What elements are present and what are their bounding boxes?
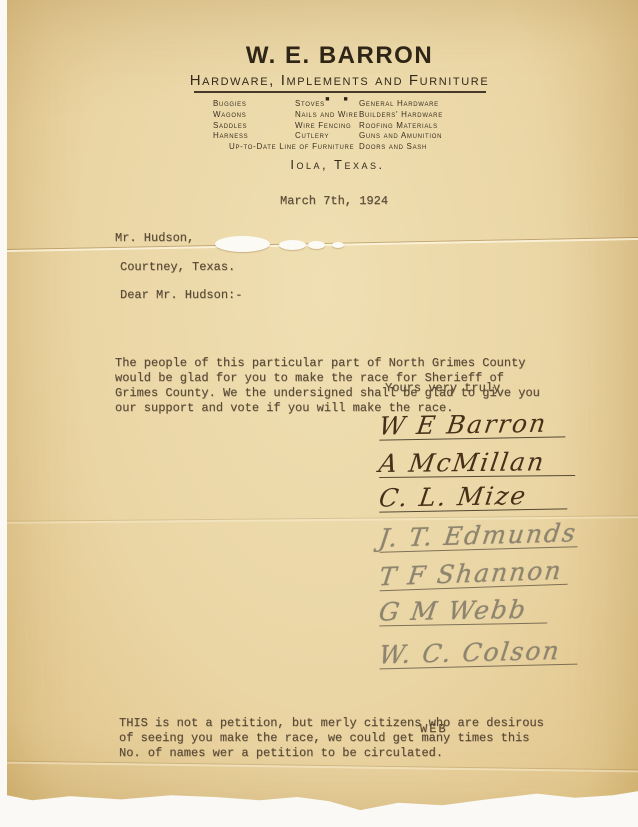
signature-name: A McMillan <box>377 449 547 477</box>
letterhead-rule <box>194 91 486 93</box>
signature: A McMillan <box>379 438 575 478</box>
product-item: Wagons <box>213 110 248 121</box>
product-item: Wire Fencing <box>295 121 358 132</box>
postscript-line: No. of names wer a petition to be circul… <box>119 746 544 761</box>
postscript-line: of seeing you make the race, we could ge… <box>119 731 544 746</box>
signature: C. L. Mize <box>379 475 568 512</box>
signature-name: G M Webb <box>377 597 529 626</box>
body-line: The people of this particular part of No… <box>115 356 540 371</box>
postscript: THIS is not a petition, but merly citize… <box>119 671 544 761</box>
signature-name: C. L. Mize <box>377 483 529 512</box>
product-footer-furniture: Up-to-Date Line of Furniture <box>229 142 354 151</box>
product-item: General Hardware <box>359 99 443 110</box>
product-item: Builders' Hardware <box>359 110 443 121</box>
product-item: Guns and Amunition <box>359 131 443 142</box>
signature-name: W. C. Colson <box>377 638 562 669</box>
recipient-name: Mr. Hudson, <box>115 231 194 245</box>
company-location: Iola, Texas. <box>7 157 638 172</box>
salutation: Dear Mr. Hudson:- <box>120 288 242 302</box>
closing: Yours very truly <box>385 381 500 395</box>
paper-damage-spot <box>215 236 270 252</box>
product-item: Saddles <box>213 121 248 132</box>
scanned-letter: W. E. BARRON Hardware, Implements and Fu… <box>0 0 638 827</box>
signature-list: W E Barron A McMillan C. L. Mize J. T. E… <box>379 401 599 667</box>
product-list-column-1: BuggiesWagonsSaddlesHarness <box>213 99 248 142</box>
product-item: Harness <box>213 131 248 142</box>
letterhead: W. E. BARRON Hardware, Implements and Fu… <box>7 0 638 103</box>
paper-damage-spot <box>332 242 344 248</box>
product-item: Nails and Wire <box>295 110 358 121</box>
paper-damage-spot <box>308 241 325 249</box>
letter-paper: W. E. BARRON Hardware, Implements and Fu… <box>7 0 638 825</box>
typist-initials: WEB <box>420 722 448 736</box>
signature: W. C. Colson <box>379 623 578 670</box>
signature: J. T. Edmunds <box>378 508 577 553</box>
product-item: Roofing Materials <box>359 121 443 132</box>
signature-name: T F Shannon <box>378 558 565 591</box>
recipient-city: Courtney, Texas. <box>120 260 235 274</box>
signature: W E Barron <box>379 399 566 440</box>
product-footer-doors: Doors and Sash <box>359 142 427 151</box>
signature: G M Webb <box>379 587 548 627</box>
fold-crease <box>0 760 638 772</box>
signature: T F Shannon <box>378 547 567 592</box>
product-item: Buggies <box>213 99 248 110</box>
company-name: W. E. BARRON <box>41 42 638 70</box>
letter-date: March 7th, 1924 <box>280 194 388 208</box>
company-tagline: Hardware, Implements and Furniture <box>41 72 638 89</box>
product-list-column-3: General HardwareBuilders' HardwareRoofin… <box>359 99 443 142</box>
postscript-line: THIS is not a petition, but merly citize… <box>119 716 544 731</box>
product-list-column-2: StovesNails and WireWire FencingCutlery <box>295 99 358 142</box>
product-item: Stoves <box>295 99 358 110</box>
paper-damage-spot <box>279 240 306 250</box>
product-item: Cutlery <box>295 131 358 142</box>
signature-name: W E Barron <box>377 411 549 440</box>
